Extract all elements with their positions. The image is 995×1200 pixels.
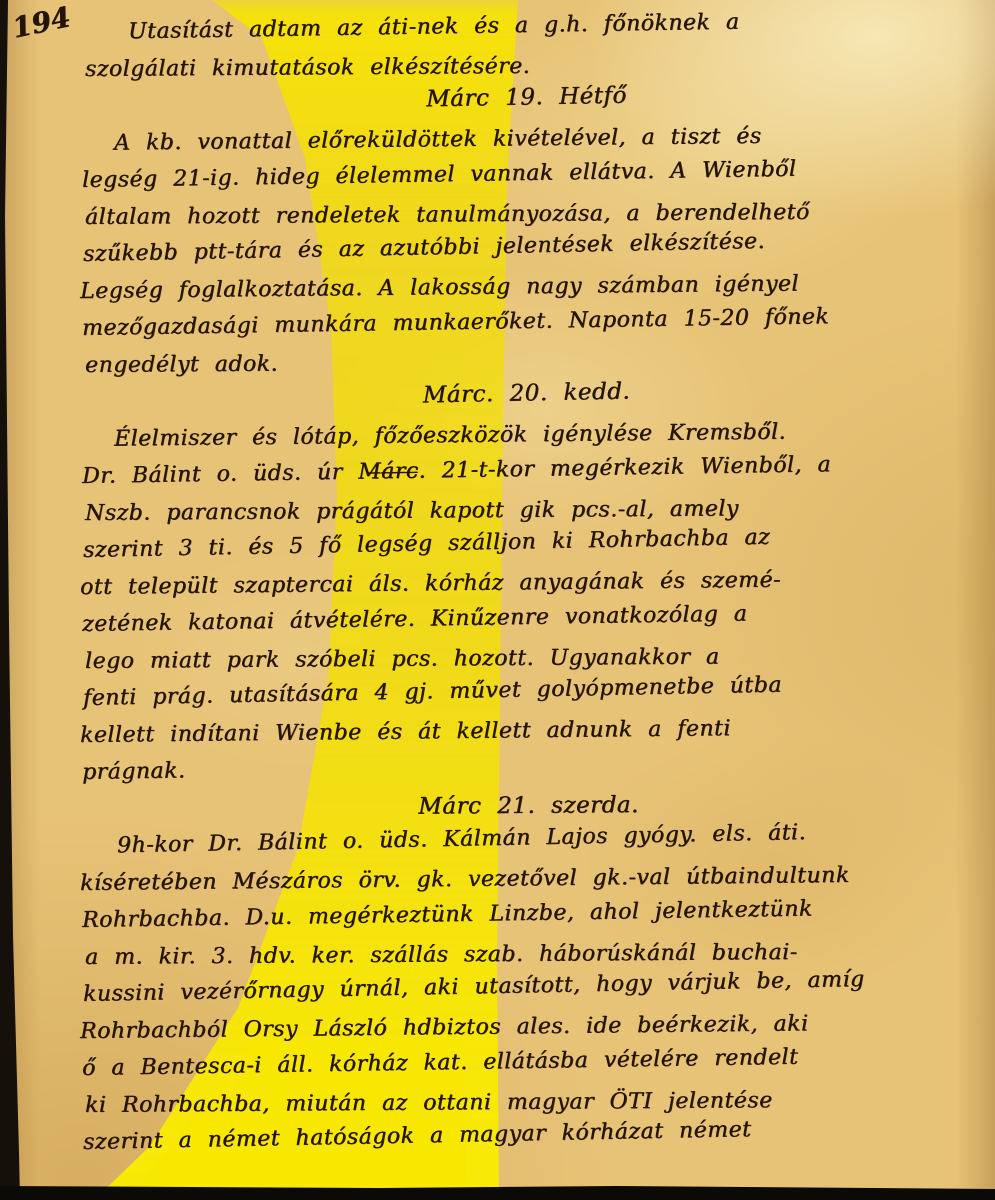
text-body: Utasítást adtam az áti-nek és a g.h. főn… bbox=[0, 0, 995, 1200]
handwritten-line: Utasítást adtam az áti-nek és a g.h. főn… bbox=[82, 0, 969, 51]
scanned-diary-page: 194 Utasítást adtam az áti-nek és a g.h.… bbox=[0, 0, 995, 1200]
scan-edge-bottom bbox=[0, 1186, 995, 1200]
